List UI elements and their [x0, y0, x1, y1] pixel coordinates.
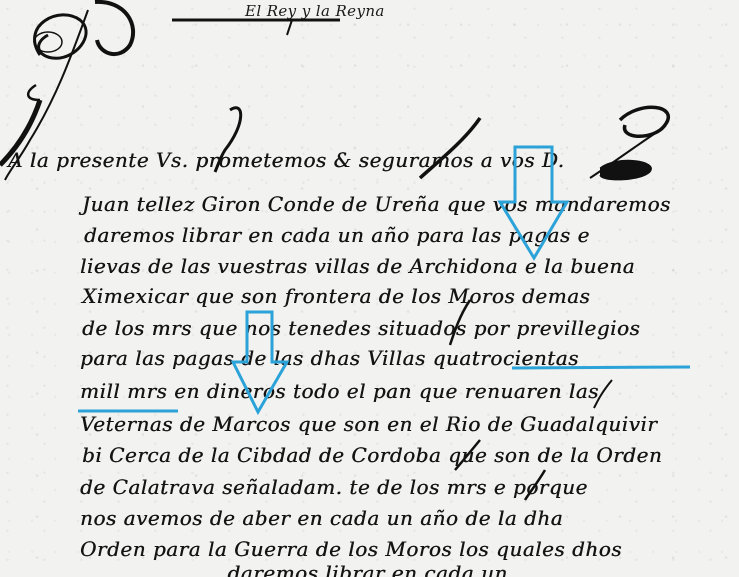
manuscript-line: bi Cerca de la Cibdad de Cordoba que son… — [82, 443, 662, 467]
manuscript-line: de Calatrava señaladam. te de los mrs e … — [80, 475, 588, 499]
manuscript-line: Orden para la Guerra de los Moros los qu… — [80, 537, 622, 561]
manuscript-line: Juan tellez Giron Conde de Ureña que vos… — [82, 192, 671, 216]
manuscript-line: A la presente Vs. prometemos & seguramos… — [8, 148, 565, 172]
manuscript-line: ... daremos librar en cada un — [200, 561, 508, 577]
manuscript-line: daremos librar en cada un año para las p… — [84, 223, 590, 247]
manuscript-line: nos avemos de aber en cada un año de la … — [80, 506, 563, 530]
manuscript-line: Veternas de Marcos que son en el Rio de … — [80, 412, 657, 436]
manuscript-line: para las pagas de las dhas Villas quatro… — [80, 346, 579, 370]
manuscript-line: Ximexicar que son frontera de los Moros … — [82, 284, 590, 308]
document-heading: El Rey y la Reyna — [245, 2, 385, 20]
manuscript-line: lievas de las vuestras villas de Archido… — [80, 254, 635, 278]
manuscript-page: El Rey y la Reyna A la presente Vs. prom… — [0, 0, 739, 577]
manuscript-line: mill mrs en dineros todo el pan que renu… — [80, 379, 599, 403]
manuscript-line: de los mrs que nos tenedes situados por … — [82, 316, 640, 340]
